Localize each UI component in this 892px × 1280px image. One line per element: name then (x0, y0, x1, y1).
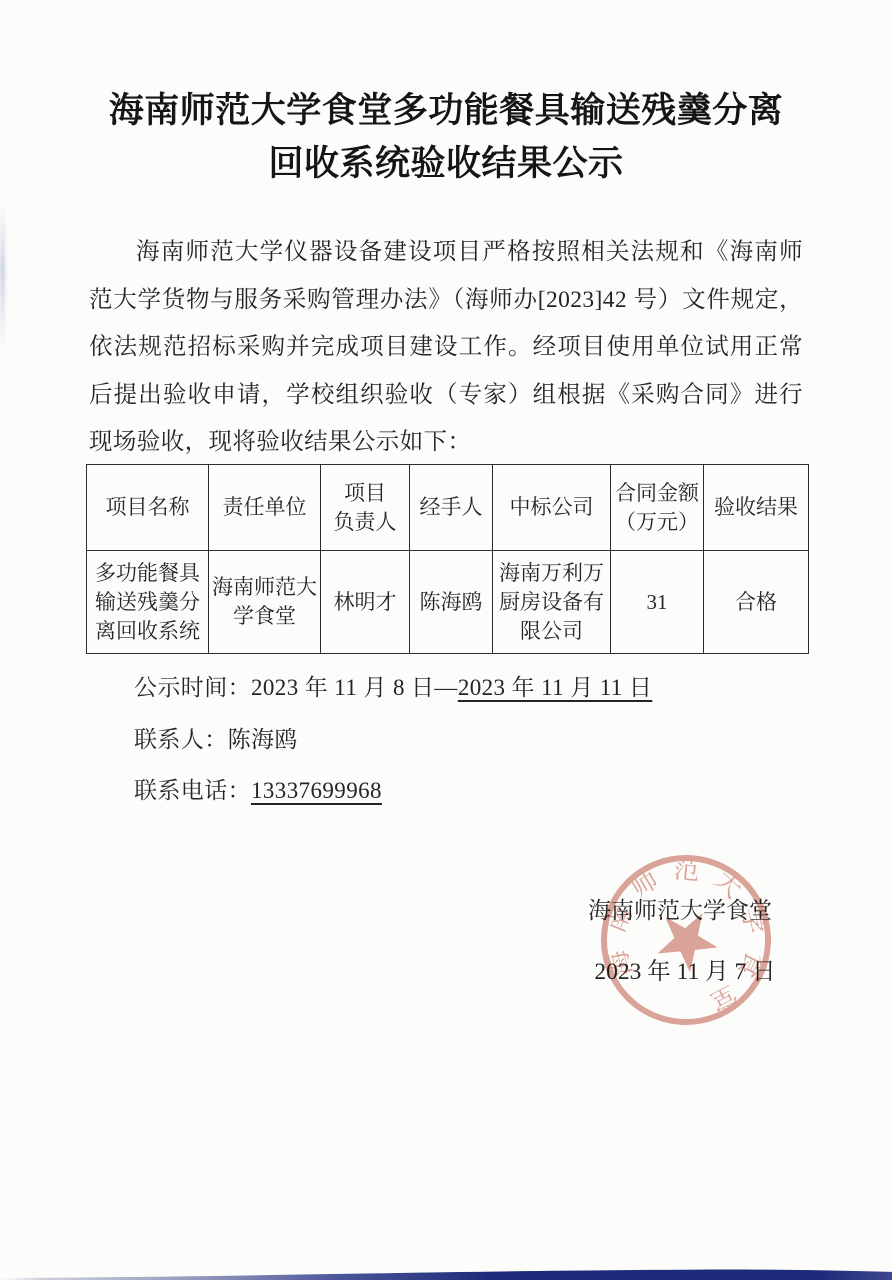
col-header-handler: 经手人 (410, 465, 493, 551)
page-title: 海南师范大学食堂多功能餐具输送残羹分离回收系统验收结果公示 (106, 84, 786, 190)
contact-block: 公示时间：2023 年 11 月 8 日—2023 年 11 月 11 日 联系… (134, 662, 652, 817)
document-page: 海南师范大学食堂多功能餐具输送残羹分离回收系统验收结果公示 海南师范大学仪器设备… (0, 0, 892, 1280)
cell-winning-company: 海南万利万厨房设备有限公司 (493, 551, 611, 654)
col-header-contract-amount: 合同金额 （万元） (611, 465, 704, 551)
cell-result: 合格 (704, 551, 809, 654)
scanner-bed-edge (0, 1267, 892, 1280)
publish-start-date: 2023 年 11 月 8 日 (251, 675, 434, 700)
contact-person-line: 联系人：陈海鸥 (134, 714, 652, 766)
body-paragraph: 海南师范大学仪器设备建设项目严格按照相关法规和《海南师范大学货物与服务采购管理办… (89, 229, 803, 467)
publish-period-label: 公示时间： (134, 675, 251, 700)
seal-star-icon (643, 897, 726, 980)
cell-contract-amount: 31 (611, 551, 704, 654)
publish-end-date: 2023 年 11 月 11 日 (458, 675, 652, 700)
col-header-resp-unit: 责任单位 (209, 465, 321, 551)
publish-dash: — (434, 675, 457, 700)
cell-handler: 陈海鸥 (410, 551, 493, 654)
contact-phone-line: 联系电话：13337699968 (134, 765, 652, 817)
col-header-project-name: 项目名称 (87, 465, 209, 551)
table-row: 多功能餐具输送残羹分离回收系统 海南师范大学食堂 林明才 陈海鸥 海南万利万厨房… (87, 551, 809, 654)
contact-person-name: 陈海鸥 (228, 727, 298, 752)
cell-project-name: 多功能餐具输送残羹分离回收系统 (87, 551, 209, 654)
col-header-result: 验收结果 (704, 465, 809, 551)
contact-person-label: 联系人： (134, 727, 228, 752)
scan-left-smudge (0, 205, 5, 350)
contact-phone-label: 联系电话： (134, 778, 251, 803)
scanner-bed-edge-shape (0, 1270, 892, 1280)
publish-period-line: 公示时间：2023 年 11 月 8 日—2023 年 11 月 11 日 (134, 662, 652, 714)
acceptance-result-table: 项目名称 责任单位 项目 负责人 经手人 中标公司 合同金额 （万元） 验收结果… (86, 464, 809, 654)
table-header-row: 项目名称 责任单位 项目 负责人 经手人 中标公司 合同金额 （万元） 验收结果 (87, 465, 809, 551)
contact-phone-number: 13337699968 (251, 778, 382, 803)
col-header-project-leader: 项目 负责人 (321, 465, 410, 551)
cell-project-leader: 林明才 (321, 551, 410, 654)
official-seal-stamp: 海南师范大学食堂 (594, 848, 778, 1032)
cell-resp-unit: 海南师范大学食堂 (209, 551, 321, 654)
col-header-winning-company: 中标公司 (493, 465, 611, 551)
